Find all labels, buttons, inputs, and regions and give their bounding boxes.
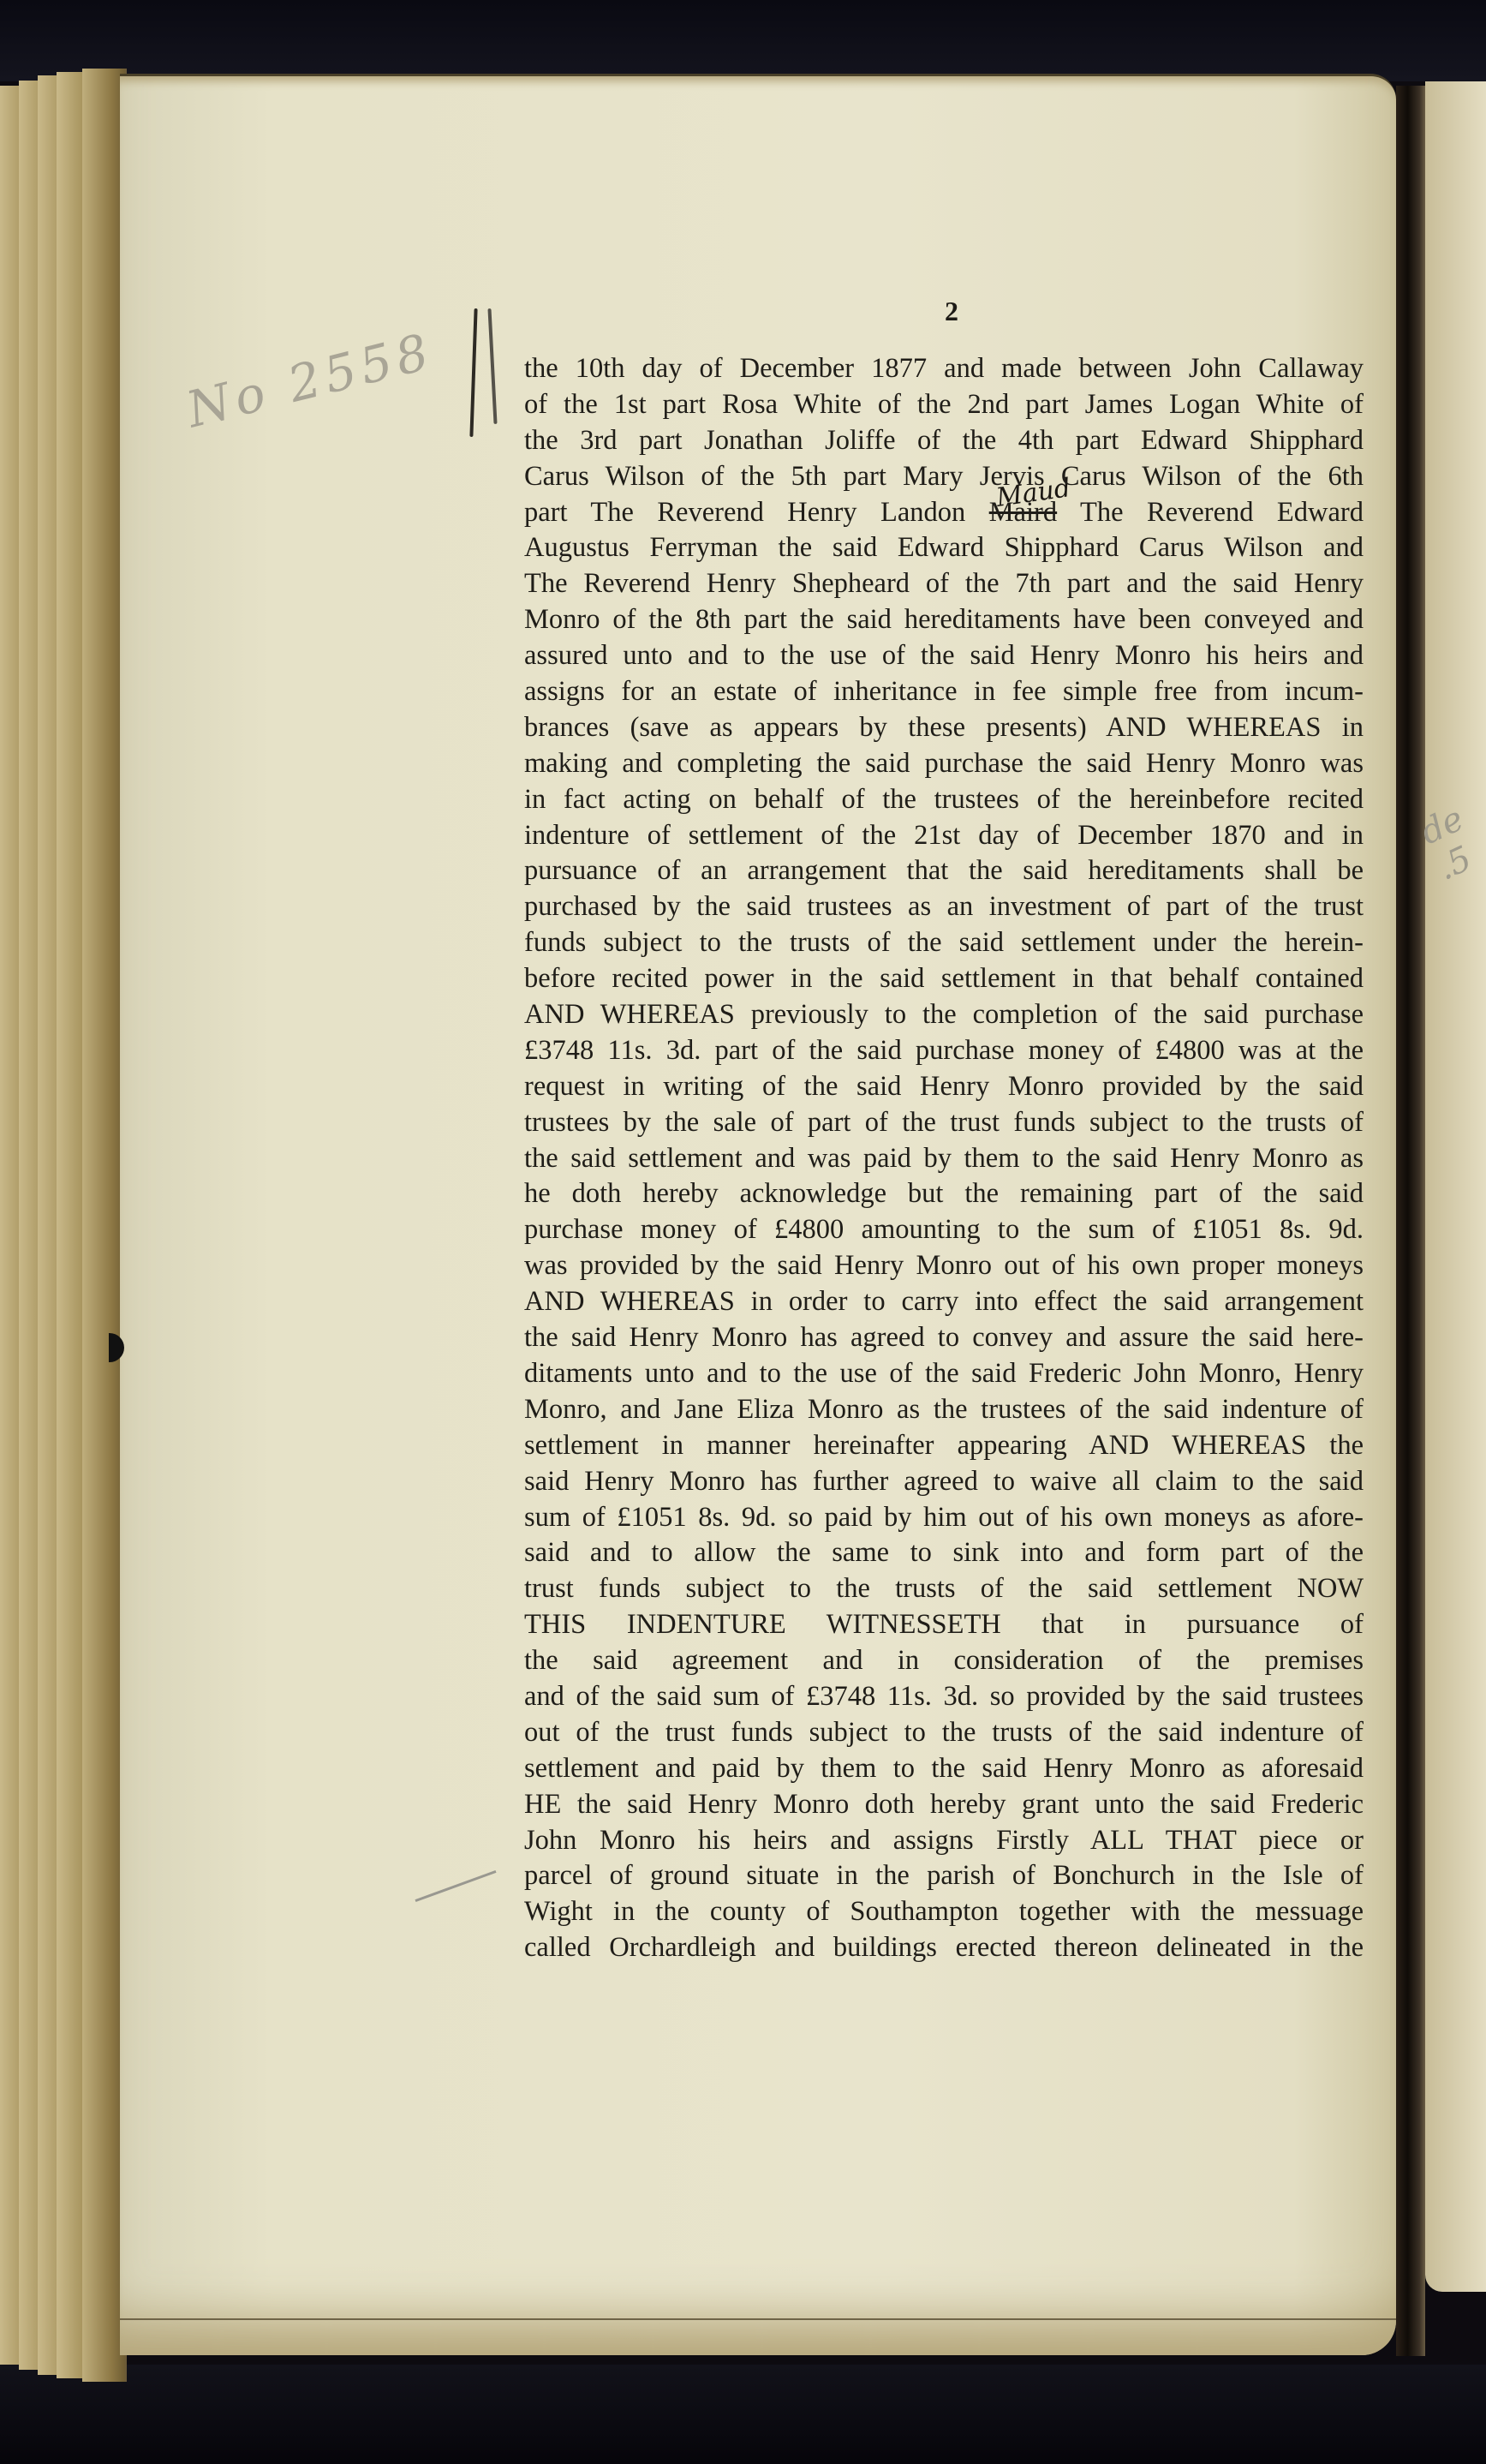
- text-line: said and to allow the same to sink into …: [524, 1535, 1364, 1571]
- text-line: trustees by the sale of part of the trus…: [524, 1105, 1364, 1141]
- page-edge: [57, 72, 84, 2378]
- margin-bars-mark: [472, 308, 498, 437]
- page-bottom-edge-line: [120, 2318, 1396, 2320]
- struck-out-word: Maird: [989, 497, 1057, 528]
- page-number: 2: [945, 296, 958, 327]
- text-line: THIS INDENTURE WITNESSETH that in pursua…: [524, 1607, 1364, 1643]
- text-line: before recited power in the said settlem…: [524, 961, 1364, 997]
- text-line: making and completing the said purchase …: [524, 746, 1364, 782]
- page-stack-edges: [0, 69, 137, 2382]
- text-line: AND WHEREAS previously to the completion…: [524, 997, 1364, 1033]
- text-line: the 10th day of December 1877 and made b…: [524, 351, 1364, 387]
- text-line: Carus Wilson of the 5th part Mary Jervis…: [524, 459, 1364, 495]
- margin-bar: [487, 308, 497, 424]
- text-line: said Henry Monro has further agreed to w…: [524, 1464, 1364, 1500]
- text-line: indenture of settlement of the 21st day …: [524, 818, 1364, 854]
- text-line: he doth hereby acknowledge but the remai…: [524, 1176, 1364, 1212]
- text-line: the said Henry Monro has agreed to conve…: [524, 1320, 1364, 1356]
- text-line: purchase money of £4800 amounting to the…: [524, 1212, 1364, 1248]
- text-line: settlement in manner hereinafter appeari…: [524, 1428, 1364, 1464]
- text-line: parcel of ground situate in the parish o…: [524, 1858, 1364, 1894]
- text-line: £3748 11s. 3d. part of the said purchase…: [524, 1033, 1364, 1069]
- text-line: settlement and paid by them to the said …: [524, 1751, 1364, 1787]
- text-line: HE the said Henry Monro doth hereby gran…: [524, 1787, 1364, 1823]
- text-line: assured unto and to the use of the said …: [524, 638, 1364, 674]
- document-body: the 10th day of December 1877 and made b…: [524, 351, 1364, 1966]
- text-line: called Orchardleigh and buildings erecte…: [524, 1930, 1364, 1966]
- text-line: the said agreement and in consideration …: [524, 1643, 1364, 1679]
- text-line: Augustus Ferryman the said Edward Shipph…: [524, 530, 1364, 566]
- text-line: the said settlement and was paid by them…: [524, 1141, 1364, 1177]
- text-line: Monro, and Jane Eliza Monro as the trust…: [524, 1392, 1364, 1428]
- scan-background-bottom: [0, 2365, 1486, 2464]
- text-line: the 3rd part Jonathan Joliffe of the 4th…: [524, 423, 1364, 459]
- text-line: The Reverend Henry Shepheard of the 7th …: [524, 566, 1364, 602]
- text-line: Wight in the county of Southampton toget…: [524, 1894, 1364, 1930]
- text-line: funds subject to the trusts of the said …: [524, 925, 1364, 961]
- text-line: sum of £1051 8s. 9d. so paid by him out …: [524, 1500, 1364, 1536]
- text-line: of the 1st part Rosa White of the 2nd pa…: [524, 387, 1364, 423]
- text-line: purchased by the said trustees as an inv…: [524, 889, 1364, 925]
- text-line-with-strikethrough: part The Reverend Henry Landon Maird The…: [524, 495, 1364, 531]
- text-line: pursuance of an arrangement that the sai…: [524, 853, 1364, 889]
- scan-background-top: [0, 0, 1486, 81]
- text-line: trust funds subject to the trusts of the…: [524, 1571, 1364, 1607]
- text-line: John Monro his heirs and assigns Firstly…: [524, 1823, 1364, 1859]
- text-line: brances (save as appears by these presen…: [524, 710, 1364, 746]
- book-gutter: [1396, 86, 1425, 2356]
- text-line: was provided by the said Henry Monro out…: [524, 1248, 1364, 1284]
- text-line: in fact acting on behalf of the trustees…: [524, 782, 1364, 818]
- text-line: AND WHEREAS in order to carry into effec…: [524, 1284, 1364, 1320]
- line-text-post: The Reverend Edward: [1080, 497, 1364, 528]
- text-line: ditaments unto and to the use of the sai…: [524, 1356, 1364, 1392]
- text-line: out of the trust funds subject to the tr…: [524, 1715, 1364, 1751]
- facing-page: [1425, 81, 1486, 2292]
- text-line: assigns for an estate of inheritance in …: [524, 674, 1364, 710]
- text-line: request in writing of the said Henry Mon…: [524, 1069, 1364, 1105]
- line-text-pre: part The Reverend Henry Landon: [524, 497, 965, 528]
- text-line: and of the said sum of £3748 11s. 3d. so…: [524, 1679, 1364, 1715]
- text-line: Monro of the 8th part the said hereditam…: [524, 602, 1364, 638]
